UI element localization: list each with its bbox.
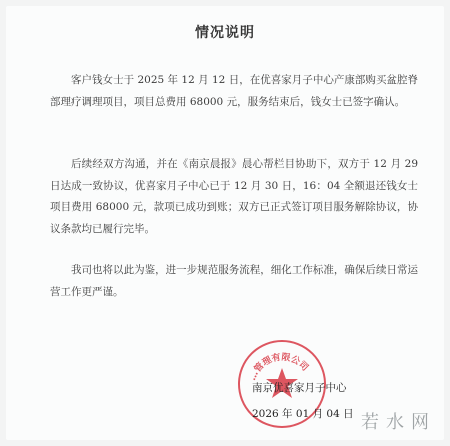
signature-organization: 南京优喜家月子中心	[252, 378, 354, 398]
paragraph-refund: 后续经双方沟通，并在《南京晨报》晨心帮栏目协助下，双方于 12 月 29 日达成…	[50, 154, 418, 240]
watermark: 若水网	[361, 408, 436, 434]
signature-date: 2026 年 01 月 04 日	[252, 404, 354, 424]
document-title: 情况说明	[6, 22, 444, 42]
paragraph-commitment: 我司也将以此为鉴，进一步规范服务流程，细化工作标准，确保后续日常运营工作更严谨。	[50, 260, 418, 303]
signature-block: 南京优喜家月子中心 2026 年 01 月 04 日	[252, 378, 354, 424]
document-page: 情况说明 客户钱女士于 2025 年 12 月 12 日，在优喜家月子中心产康部…	[6, 6, 444, 440]
paragraph-purchase: 客户钱女士于 2025 年 12 月 12 日，在优喜家月子中心产康部购买盆腔脊…	[50, 70, 418, 113]
